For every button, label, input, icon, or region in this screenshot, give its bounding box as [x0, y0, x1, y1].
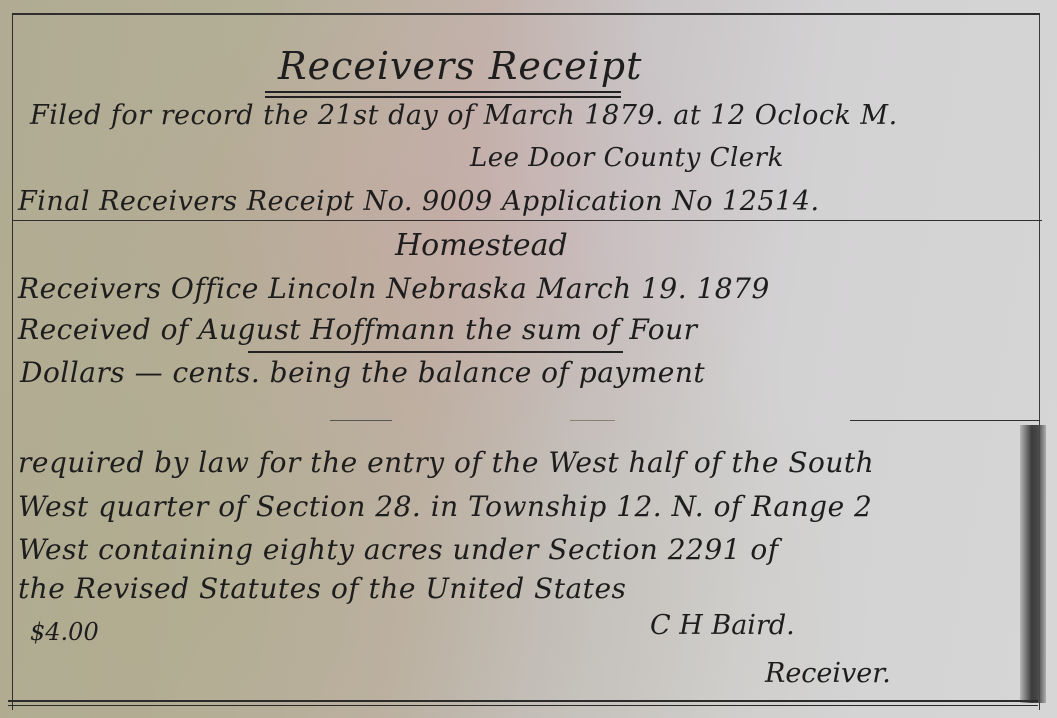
- received-of-line: Received of August Hoffmann the sum of F…: [18, 313, 698, 346]
- body-line-3: West containing eighty acres under Secti…: [18, 533, 779, 566]
- scan-edge-shadow: [1020, 425, 1046, 703]
- title-underline: [265, 96, 621, 98]
- filed-for-record-line: Filed for record the 21st day of March 1…: [30, 100, 898, 131]
- receiver-signature: C H Baird.: [650, 610, 795, 641]
- blank-dash: [330, 420, 392, 421]
- section-divider-right: [850, 420, 1040, 421]
- section-divider: [12, 220, 1042, 221]
- body-line-4: the Revised Statutes of the United State…: [18, 572, 626, 605]
- dollars-cents-line: Dollars — cents. being the balance of pa…: [20, 356, 705, 389]
- county-clerk-line: Lee Door County Clerk: [470, 143, 784, 173]
- receiver-title: Receiver.: [765, 658, 891, 689]
- amount: $4.00: [30, 618, 99, 646]
- payer-name-underline: [248, 351, 623, 353]
- body-line-1: required by law for the entry of the Wes…: [18, 446, 874, 479]
- title-underline: [265, 91, 621, 93]
- receivers-office-line: Receivers Office Lincoln Nebraska March …: [18, 272, 770, 305]
- received-of-prefix: Received of: [18, 313, 189, 346]
- bottom-double-rule: [8, 700, 1038, 706]
- entry-type: Homestead: [395, 228, 568, 263]
- payer-name: August Hoffmann: [198, 313, 456, 346]
- body-line-2: West quarter of Section 28. in Township …: [18, 490, 872, 523]
- document-title: Receivers Receipt: [278, 44, 642, 88]
- received-of-suffix: the sum of Four: [465, 313, 697, 346]
- blank-dash: [570, 420, 615, 421]
- final-receipt-line: Final Receivers Receipt No. 9009 Applica…: [18, 186, 820, 217]
